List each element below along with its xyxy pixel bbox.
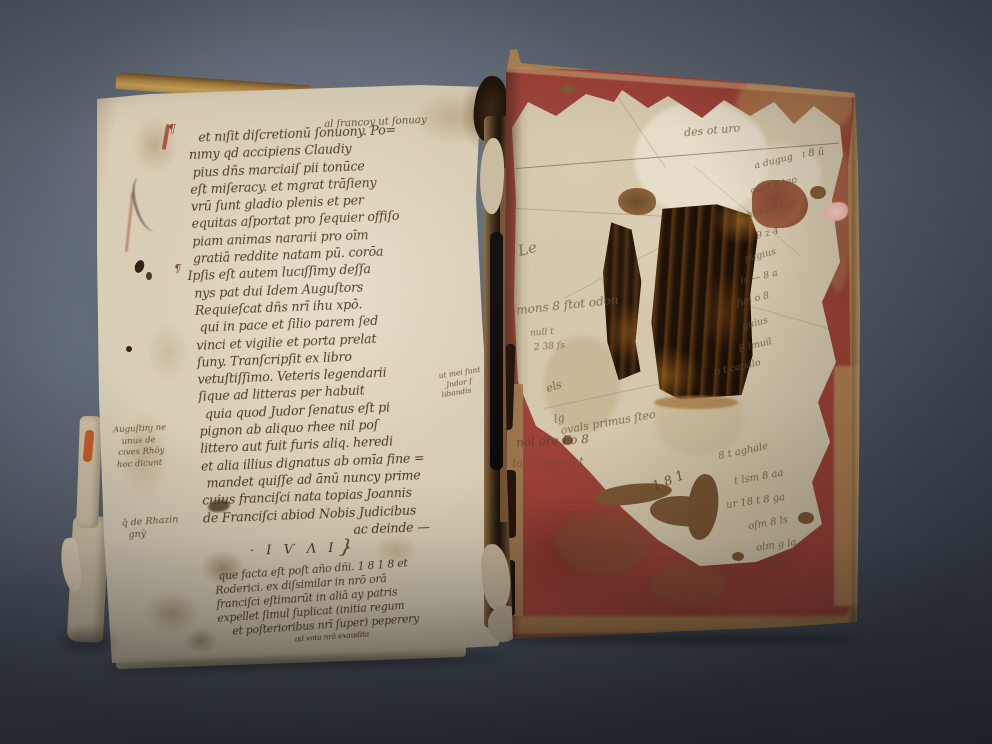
manuscript-text-block: et nıſit diſcretionū ſonuony. Po= nımy q… xyxy=(188,120,430,544)
margin-note-right: ut mei ſunt Jndor ſ lıbandis xyxy=(438,365,484,400)
inside-cover: des ot uro ı 8 ū Le mons 8 ſtot odon nul… xyxy=(504,46,864,642)
ink-dot xyxy=(126,346,132,352)
bottom-text-block: que facta eſt poſt año dñi. 1 8 1 8 et R… xyxy=(214,556,420,649)
margin-note-lower: q̄ de Rhazin gnȳ xyxy=(121,514,179,541)
margin-note-upper: Auguſtinȷ ne unus de cıves Rhōy hoc dicu… xyxy=(113,423,168,472)
hole xyxy=(732,552,744,561)
book-shadow xyxy=(62,630,112,652)
red-pilcrow: ¶ xyxy=(168,122,175,136)
hole xyxy=(562,84,575,94)
book-shadow xyxy=(506,634,858,644)
stain xyxy=(148,322,188,382)
pastedown-note: null t xyxy=(530,327,554,339)
manuscript-photo: al ſrancoy ut ſonuay ¶ ¶ et nıſit diſcre… xyxy=(0,0,992,744)
spine-slot xyxy=(490,232,503,470)
hole xyxy=(618,188,656,215)
hole xyxy=(798,512,814,524)
right-edge-highlight xyxy=(852,98,860,626)
smudge xyxy=(556,512,650,574)
left-page: al ſrancoy ut ſonuay ¶ ¶ et nıſit diſcre… xyxy=(88,72,508,668)
smudge xyxy=(652,562,726,606)
ink-spot xyxy=(133,259,146,274)
margin-note-line: gnȳ xyxy=(128,526,180,541)
ink-curl-mark xyxy=(128,174,167,235)
hole xyxy=(810,186,826,199)
stain xyxy=(144,592,200,634)
leather-drip xyxy=(654,396,738,409)
ink-spot xyxy=(146,272,152,280)
red-pilcrow: ¶ xyxy=(174,262,181,275)
manuscript-line: ac deinde — xyxy=(353,518,430,538)
pastedown-note: 2 38 ſs xyxy=(534,341,565,353)
board-edge-tan xyxy=(514,616,849,634)
stain xyxy=(184,628,218,654)
pastedown-note: ta u7 pun 8 t xyxy=(512,455,584,470)
